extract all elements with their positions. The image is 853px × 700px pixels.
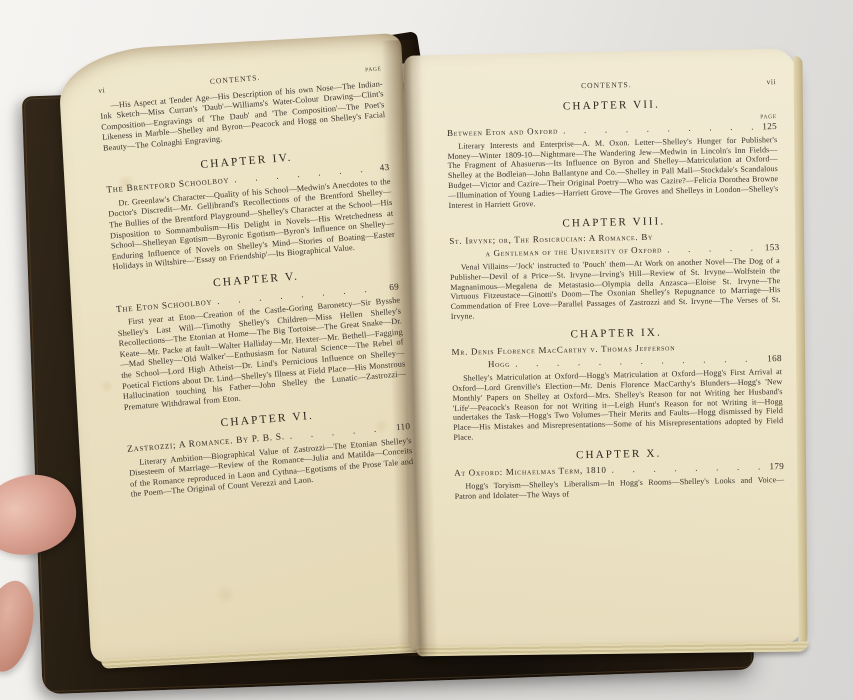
chapter-summary: Hogg's Toryism—Shelley's Liberalism—In H… bbox=[454, 475, 784, 502]
chapter-block-v: CHAPTER V. The Eton Schoolboy . . . . . … bbox=[114, 263, 407, 413]
leader-dots: . . . . . . . . . . . . bbox=[612, 463, 765, 476]
chapter-title: Between Eton and Oxford bbox=[447, 126, 558, 138]
chapter-page-number: 43 bbox=[379, 162, 390, 173]
chapter-block-iv: CHAPTER IV. The Brentford Schoolboy . . … bbox=[105, 145, 397, 274]
chapter-block-ix: CHAPTER IX. Mr. Denis Florence MacCarthy… bbox=[451, 326, 783, 443]
right-running-head: CONTENTS. bbox=[581, 80, 632, 91]
left-page-text: vi CONTENTS. PAGE —His Aspect at Tender … bbox=[98, 63, 415, 504]
chapter-title: a Gentleman of the University of Oxford bbox=[485, 245, 662, 259]
chapter-heading: CHAPTER X. bbox=[454, 447, 784, 464]
chapter-summary: Literary Interests and Enterprise—A. M. … bbox=[447, 135, 778, 211]
chapter-heading: CHAPTER IX. bbox=[451, 326, 781, 343]
chapter-page-number: 110 bbox=[396, 421, 411, 433]
left-page-column-label: PAGE bbox=[365, 64, 382, 76]
chapter-page-number: 179 bbox=[769, 462, 784, 472]
chapter-summary: First year at Eton—Creation of the Castl… bbox=[117, 296, 408, 414]
open-book-photo: vi CONTENTS. PAGE —His Aspect at Tender … bbox=[0, 0, 853, 700]
chapter-heading: CHAPTER VIII. bbox=[449, 215, 779, 232]
chapter-title: At Oxford: Michaelmas Term, 1810 bbox=[454, 466, 607, 479]
left-folio: vi bbox=[98, 85, 106, 96]
right-page-text: CONTENTS. vii CHAPTER VII. PAGE Between … bbox=[446, 77, 785, 506]
finger-tip bbox=[0, 576, 42, 677]
chapter-page-number: 125 bbox=[762, 122, 777, 132]
chapter-block-viii: CHAPTER VIII. St. Irvyne; or, The Rosicr… bbox=[449, 215, 781, 322]
chapter-summary: Venal Villains—'Jock' instructed to 'Pou… bbox=[450, 256, 781, 322]
chapter-title: Hogg bbox=[488, 360, 511, 370]
chapter-block-vii: CHAPTER VII. PAGE Between Eton and Oxfor… bbox=[446, 98, 778, 211]
chapter-page-number: 153 bbox=[765, 243, 780, 253]
chapter-heading: CHAPTER VII. bbox=[446, 98, 776, 115]
chapter-page-number: 69 bbox=[389, 281, 400, 292]
right-folio: vii bbox=[766, 77, 776, 87]
chapter-block-x: CHAPTER X. At Oxford: Michaelmas Term, 1… bbox=[454, 447, 785, 502]
chapter-summary: Shelley's Matriculation at Oxford—Hogg's… bbox=[452, 367, 783, 443]
chapter-title: Mr. Denis Florence MacCarthy v. Thomas J… bbox=[452, 343, 676, 358]
chapter-page-number: 168 bbox=[767, 354, 782, 364]
leader-dots: . . . . . . . . . . . . bbox=[667, 243, 760, 255]
